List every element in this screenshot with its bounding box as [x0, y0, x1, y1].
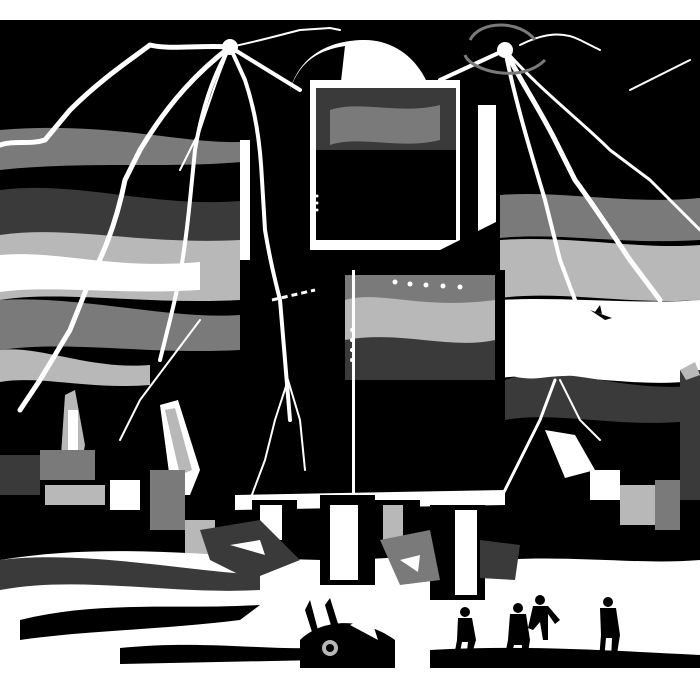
left-antenna-orb — [222, 39, 238, 55]
robot-upper-body — [310, 80, 500, 270]
robot — [235, 40, 505, 600]
illustration — [0, 0, 700, 700]
